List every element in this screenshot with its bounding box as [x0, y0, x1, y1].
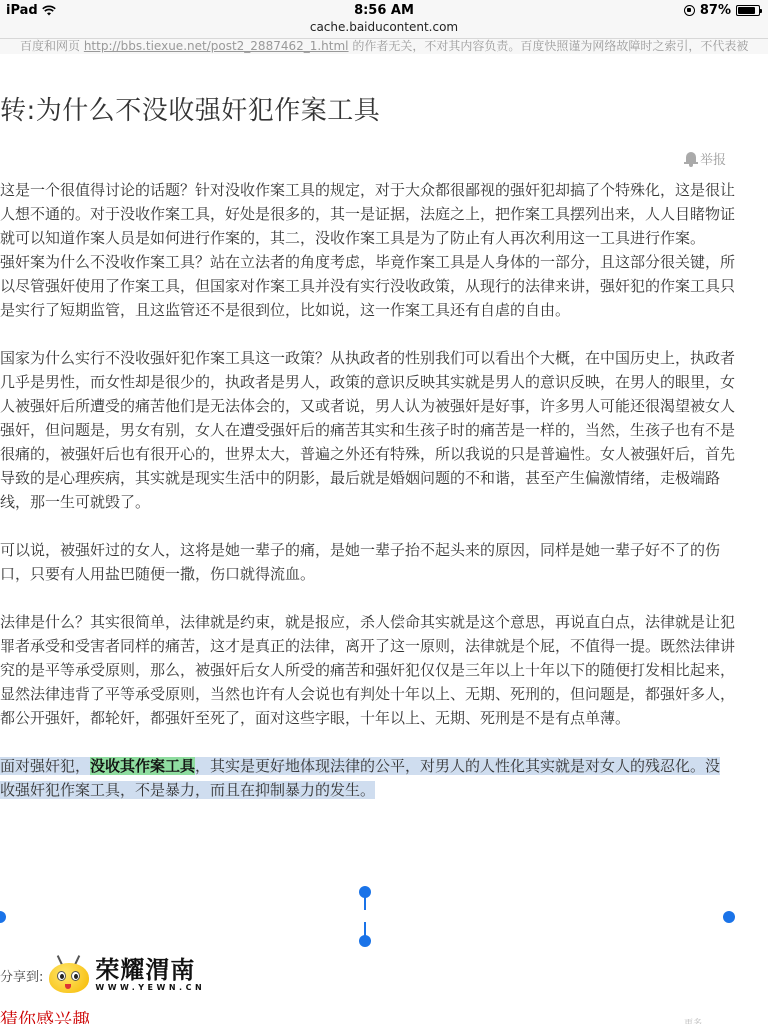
selection-handle-right[interactable] [723, 911, 735, 923]
source-link[interactable]: http://bbs.tiexue.net/post2_2887462_1.ht… [84, 39, 349, 53]
page-title: 转:为什么不没收强奸犯作案工具 [0, 90, 380, 127]
share-label: 分享到: [0, 966, 43, 985]
paragraph: 国家为什么实行不没收强奸犯作案工具这一政策？从执政者的性别我们可以看出个大概，在… [0, 346, 735, 514]
battery-icon [736, 5, 760, 16]
url-text: cache.baiducontent.com [310, 20, 458, 34]
logo-text: 荣耀渭南 WWW.YEWN.CN [95, 957, 205, 993]
logo-name: 荣耀渭南 [95, 957, 205, 983]
paragraph: 强奸案为什么不没收作案工具？站在立法者的角度考虑，毕竟作案工具是人身体的一部分，… [0, 250, 735, 322]
selection-handle-end-bottom[interactable] [359, 935, 371, 947]
notice-prefix: 百度和网页 [20, 39, 84, 53]
selection-handle-end-stem [364, 922, 366, 936]
notice-suffix: 的作者无关，不对其内容负责。百度快照谨为网络故障时之索引，不代表被 [349, 39, 749, 53]
highlighted-text[interactable]: 没收其作案工具 [90, 757, 195, 775]
selection-handle-start-stem [364, 896, 366, 910]
rotation-lock-icon [684, 5, 695, 16]
paragraph: 这是一个很值得讨论的话题？针对没收作案工具的规定，对于大众都很鄙视的强奸犯却搞了… [0, 178, 735, 250]
recommend-heading: 猜你感兴趣 [0, 1006, 90, 1024]
selection-handle-left[interactable] [0, 911, 6, 923]
logo-url: WWW.YEWN.CN [95, 983, 205, 993]
battery-percent: 87% [700, 3, 731, 18]
share-section: 分享到: 荣耀渭南 WWW.YEWN.CN [0, 955, 205, 995]
selected-paragraph[interactable]: 面对强奸犯，没收其作案工具，其实是更好地体现法律的公平，对男人的人性化其实就是对… [0, 754, 735, 802]
clock: 8:56 AM [0, 3, 768, 18]
report-label: 举报 [700, 149, 726, 168]
address-bar[interactable]: cache.baiducontent.com [0, 20, 768, 38]
selection-before: 面对强奸犯， [0, 757, 90, 775]
text-selection[interactable]: 面对强奸犯，没收其作案工具，其实是更好地体现法律的公平，对男人的人性化其实就是对… [0, 757, 720, 799]
more-link[interactable]: 更多 [684, 1016, 702, 1024]
status-bar: iPad 8:56 AM 87% [0, 0, 768, 20]
cache-notice: 百度和网页 http://bbs.tiexue.net/post2_288746… [0, 38, 768, 54]
paragraph: 法律是什么？其实很简单，法律就是约束，就是报应，杀人偿命其实就是这个意思，再说直… [0, 610, 735, 730]
status-right: 87% [684, 3, 760, 18]
bell-icon [684, 151, 698, 167]
report-button[interactable]: 举报 [684, 149, 726, 168]
paragraph: 可以说，被强奸过的女人，这将是她一辈子的痛，是她一辈子抬不起头来的原因，同样是她… [0, 538, 735, 586]
share-logo-yewn[interactable]: 荣耀渭南 WWW.YEWN.CN [47, 955, 205, 995]
article-body: 这是一个很值得讨论的话题？针对没收作案工具的规定，对于大众都很鄙视的强奸犯却搞了… [0, 178, 735, 802]
bee-mascot-icon [47, 955, 91, 995]
